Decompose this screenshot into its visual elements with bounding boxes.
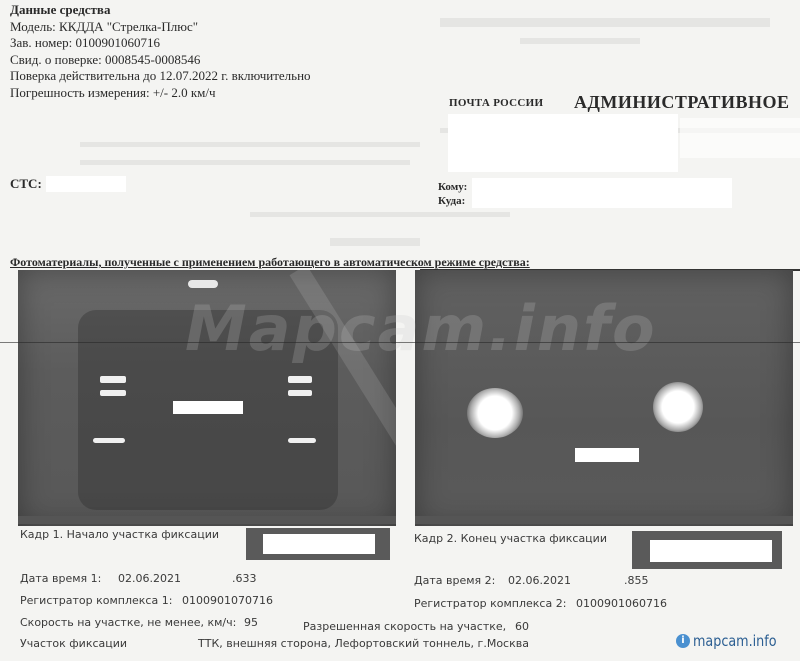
address-label: Куда:: [438, 195, 465, 207]
device-serial: Зав. номер: 0100901060716: [10, 35, 311, 52]
device-data-title: Данные средства: [10, 2, 311, 19]
redacted-area: [680, 118, 800, 158]
mapcam-logo[interactable]: i mapcam.info: [676, 632, 791, 650]
frame-1-registrar-value: 0100901070716: [182, 594, 273, 607]
redacted-address: [472, 178, 732, 208]
location-label: Участок фиксации: [20, 637, 127, 650]
tail-light-right: [288, 376, 312, 383]
redacted-area: [448, 114, 678, 172]
frame-2-caption: Кадр 2. Конец участка фиксации: [414, 532, 607, 545]
sts-label: СТС:: [10, 176, 42, 192]
redacted-frame-2: [632, 531, 782, 569]
allowed-speed-value: 60: [515, 620, 529, 633]
headlight-left: [467, 388, 523, 438]
watermark: Mapcam.info: [185, 292, 657, 365]
frame-1-caption: Кадр 1. Начало участка фиксации: [20, 528, 219, 541]
allowed-speed-label: Разрешенная скорость на участке,: [303, 620, 506, 633]
frame-2-time: .855: [624, 574, 649, 587]
info-icon: i: [676, 634, 690, 648]
location-value: ТТК, внешняя сторона, Лефортовский тонне…: [198, 637, 529, 650]
frame-1-date: 02.06.2021: [118, 572, 181, 585]
frame-2-date: 02.06.2021: [508, 574, 571, 587]
redacted-plate: [575, 448, 639, 462]
document-title: АДМИНИСТРАТИВНОЕ: [574, 92, 790, 113]
photo-bottom-strip: [18, 516, 396, 524]
tail-light-right: [288, 390, 312, 396]
frame-1-time: .633: [232, 572, 257, 585]
bleed-through-line: [440, 18, 770, 27]
frame-1-registrar-label: Регистратор комплекса 1:: [20, 594, 172, 607]
bleed-through-line: [330, 238, 420, 246]
measured-speed-label: Скорость на участке, не менее, км/ч:: [20, 616, 236, 629]
redacted-box: [263, 534, 375, 554]
photo-bottom-strip: [415, 516, 793, 524]
frame-2-registrar-label: Регистратор комплекса 2:: [414, 597, 566, 610]
reflector-right: [288, 438, 316, 443]
device-certificate: Свид. о поверке: 0008545-0008546: [10, 52, 311, 69]
redacted-plate: [173, 401, 243, 414]
frame-2-registrar-value: 0100901060716: [576, 597, 667, 610]
redacted-frame-1: [246, 528, 390, 560]
redacted-sts: [46, 176, 126, 192]
bleed-through-line: [80, 142, 420, 147]
frame-1-datetime-label: Дата время 1:: [20, 572, 101, 585]
to-label: Кому:: [438, 181, 467, 193]
photo-materials-heading: Фотоматериалы, полученные с применением …: [10, 255, 530, 270]
brake-light: [188, 280, 218, 288]
device-accuracy: Погрешность измерения: +/- 2.0 км/ч: [10, 85, 311, 102]
bleed-through-line: [520, 38, 640, 44]
logo-text: mapcam.info: [693, 632, 777, 650]
reflector-left: [93, 438, 125, 443]
redacted-box: [650, 540, 772, 562]
device-model: Модель: ККДДА "Стрелка-Плюс": [10, 19, 311, 36]
measured-speed-value: 95: [244, 616, 258, 629]
bleed-through-line: [250, 212, 510, 217]
device-verification: Поверка действительна до 12.07.2022 г. в…: [10, 68, 311, 85]
frame-2-datetime-label: Дата время 2:: [414, 574, 495, 587]
russian-post-label: ПОЧТА РОССИИ: [449, 97, 543, 109]
tail-light-left: [100, 390, 126, 396]
device-data-block: Данные средства Модель: ККДДА "Стрелка-П…: [10, 2, 311, 101]
headlight-right: [653, 382, 703, 432]
paper-fold-line: [0, 342, 800, 343]
bleed-through-line: [80, 160, 410, 165]
tail-light-left: [100, 376, 126, 383]
